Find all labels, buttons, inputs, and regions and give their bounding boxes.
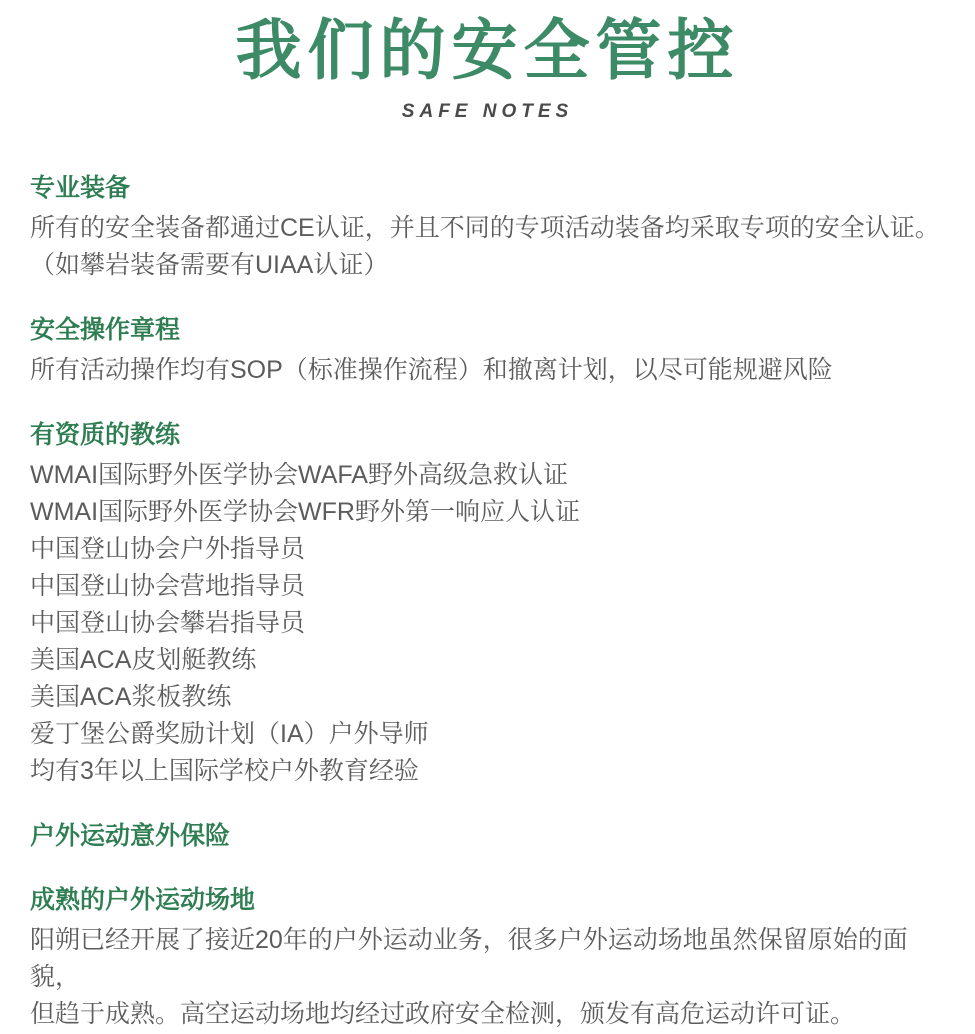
section-text-line: 阳朔已经开展了接近20年的户外运动业务，很多户外运动场地虽然保留原始的面貌， [30, 922, 945, 996]
section-text-line: 爱丁堡公爵奖励计划（IA）户外导师 [30, 716, 945, 753]
section-heading: 有资质的教练 [30, 417, 945, 453]
safety-notes-page: 我们的安全管控 SAFE NOTES 专业装备所有的安全装备都通过CE认证，并且… [0, 0, 975, 1034]
section: 专业装备所有的安全装备都通过CE认证，并且不同的专项活动装备均采取专项的安全认证… [30, 170, 945, 284]
section: 安全操作章程所有活动操作均有SOP（标准操作流程）和撤离计划，以尽可能规避风险 [30, 312, 945, 389]
page-subtitle: SAFE NOTES [0, 100, 975, 124]
section-heading: 户外运动意外保险 [30, 818, 945, 854]
section-heading: 成熟的户外运动场地 [30, 882, 945, 918]
section-text-line: 均有3年以上国际学校户外教育经验 [30, 753, 945, 790]
section-text-line: 美国ACA皮划艇教练 [30, 642, 945, 679]
section-text-line: 中国登山协会营地指导员 [30, 568, 945, 605]
section: 有资质的教练WMAI国际野外医学协会WAFA野外高级急救认证WMAI国际野外医学… [30, 417, 945, 790]
page-title: 我们的安全管控 [0, 6, 975, 98]
section-text-line: WMAI国际野外医学协会WFR野外第一响应人认证 [30, 494, 945, 531]
section-heading: 专业装备 [30, 170, 945, 206]
section: 户外运动意外保险 [30, 818, 945, 854]
section-text-line: 但趋于成熟。高空运动场地均经过政府安全检测，颁发有高危运动许可证。 [30, 996, 945, 1033]
section-text-line: WMAI国际野外医学协会WAFA野外高级急救认证 [30, 457, 945, 494]
section-text-line: 中国登山协会户外指导员 [30, 531, 945, 568]
section-text-line: 美国ACA浆板教练 [30, 679, 945, 716]
section-text-line: 所有活动操作均有SOP（标准操作流程）和撤离计划，以尽可能规避风险 [30, 352, 945, 389]
section: 成熟的户外运动场地阳朔已经开展了接近20年的户外运动业务，很多户外运动场地虽然保… [30, 882, 945, 1033]
sections-container: 专业装备所有的安全装备都通过CE认证，并且不同的专项活动装备均采取专项的安全认证… [0, 170, 975, 1033]
page-header: 我们的安全管控 SAFE NOTES [0, 0, 975, 124]
section-text-line: （如攀岩装备需要有UIAA认证） [30, 247, 945, 284]
section-text-line: 中国登山协会攀岩指导员 [30, 605, 945, 642]
section-heading: 安全操作章程 [30, 312, 945, 348]
section-text-line: 所有的安全装备都通过CE认证，并且不同的专项活动装备均采取专项的安全认证。 [30, 210, 945, 247]
